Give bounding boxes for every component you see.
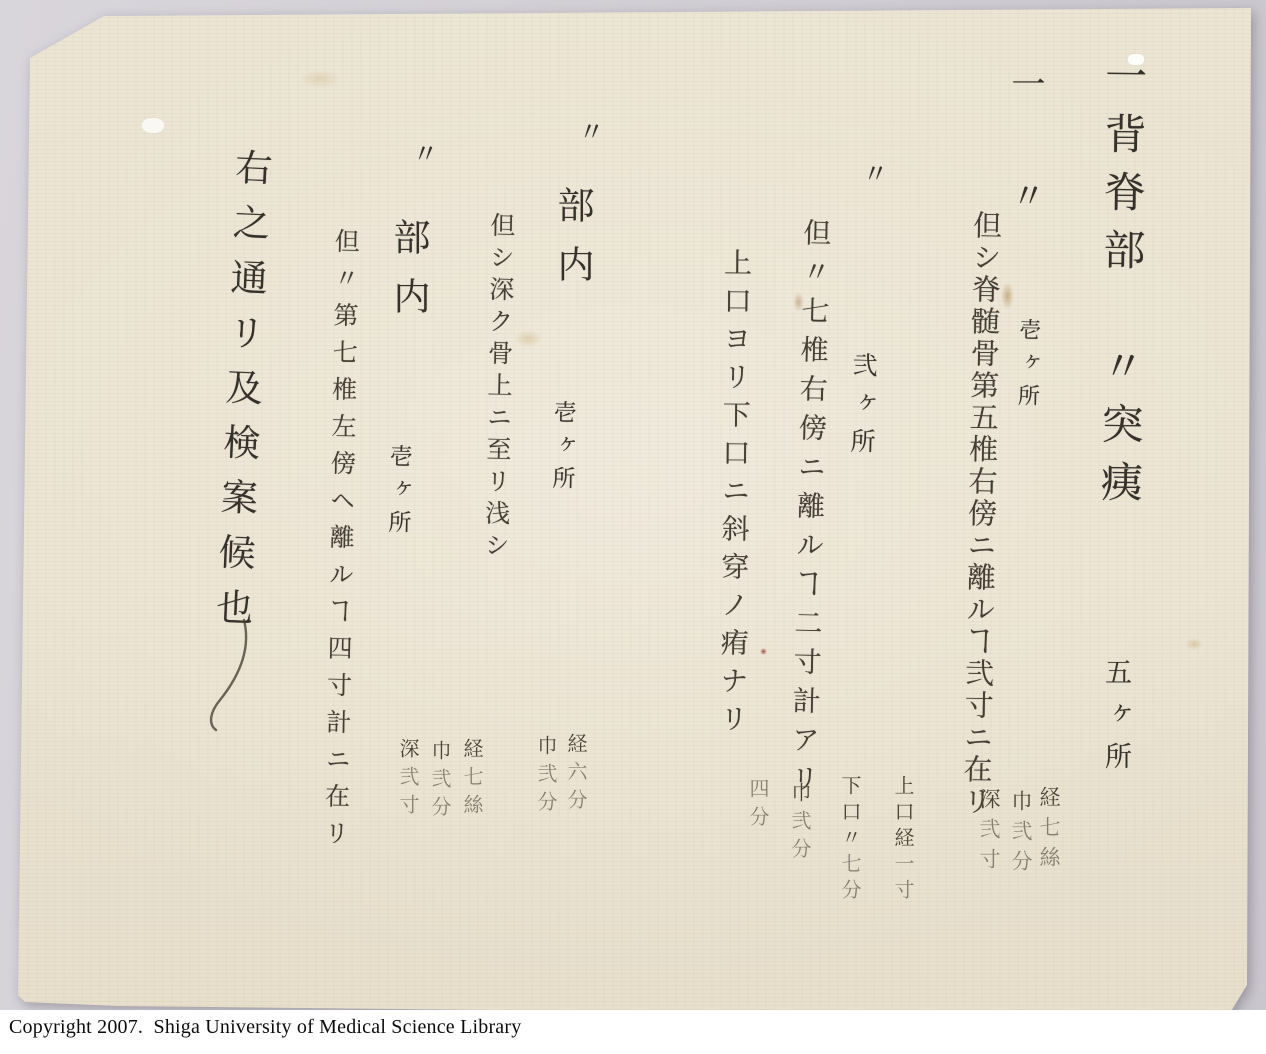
measure-value: 弐寸 [977,818,1001,878]
entry3-count: 弐ヶ所 [849,352,877,467]
entry2-measure-diameter: 経七絲 [1038,786,1059,876]
entry6-measure-width: 巾弐分 [430,740,450,824]
stain-brown-1 [1001,282,1014,310]
entry2-measure-width: 巾弐分 [1010,790,1031,880]
entry5-marker-column: 〃 [576,118,602,144]
caption-strip: Copyright 2007. Shiga University of Medi… [0,1010,1266,1054]
measure-value: 弐分 [788,810,812,866]
manuscript-paper: 一背脊部 〃突痍 五ヶ所 一 〃 壱ヶ所 但シ脊髄骨第五椎右傍ニ離ルヿ弐寸ニ在リ… [0,0,1266,1054]
entry2-note-column: 但シ脊髄骨第五椎右傍ニ離ルヿ弐寸ニ在リ [961,210,1001,818]
measure-label: 巾 [788,782,812,810]
entry4-measure-width: 巾弐分 [790,782,810,866]
measure-label: 巾 [1009,790,1033,820]
measure-label: 深 [977,788,1001,818]
measure-value: 弐分 [1009,820,1033,880]
entry6-marker-column: 〃 [410,140,436,166]
measure-value: 四分 [746,778,770,834]
entry4-measure-lower-opening: 下口〃七分 [840,775,860,905]
measure-label: 経 [1037,786,1061,816]
measure-value: 六分 [564,761,588,817]
measure-label: 深 [396,738,420,766]
photo-background: 一背脊部 〃突痍 五ヶ所 一 〃 壱ヶ所 但シ脊髄骨第五椎右傍ニ離ルヿ弐寸ニ在リ… [0,0,1266,1054]
entry1-title-column: 一背脊部 〃突痍 [1098,54,1145,518]
copyright-text: Copyright 2007. Shiga University of Medi… [9,1016,521,1039]
measure-label: 経 [564,733,588,761]
entry5-note-column: 但シ深ク骨上ニ至リ浅シ [483,212,514,564]
entry4-measure-depth: 四分 [748,778,768,834]
measure-label: 巾 [428,740,452,768]
measure-value: 一寸 [891,853,915,905]
entry4-note-column: 上口ヨリ下口ニ斜穿ノ痏ナリ [718,248,750,742]
measure-value: 弐分 [534,763,558,819]
measure-value: 弐分 [428,768,452,824]
entry3-note-column: 但〃七椎右傍ニ離ルヿ二寸計アリ [788,218,829,803]
measure-label: 巾 [534,735,558,763]
measure-value: 七絲 [1037,816,1061,876]
stain-yellow-1 [514,330,542,347]
measure-value: 七分 [838,853,862,905]
entry6-title-column: 部内 [390,218,427,336]
stain-red-dot [760,648,767,655]
measure-label: 下口〃 [838,775,862,853]
manuscript-paper-shadow: 一背脊部 〃突痍 五ヶ所 一 〃 壱ヶ所 但シ脊髄骨第五椎右傍ニ離ルヿ弐寸ニ在リ… [0,0,1266,1054]
entry5-count: 壱ヶ所 [549,400,574,499]
measure-label: 上口経 [891,775,915,853]
laid-paper-texture [0,0,1266,1054]
entry5-title-column: 部内 [554,186,591,304]
entry6-measure-diameter: 経七絲 [462,738,482,822]
stain-yellow-2 [1185,638,1203,650]
stain-chip-left [142,118,164,133]
stain-yellow-3 [300,70,340,88]
entry1-count: 五ヶ所 [1102,658,1129,784]
entry6-note-column: 但〃第七椎左傍ヘ離ルヿ四寸計ニ在リ [323,228,359,857]
entry4-measure-upper-opening: 上口経一寸 [893,775,913,905]
measure-label: 経 [460,738,484,766]
measure-value: 七絲 [460,766,484,822]
entry5-measure-diameter: 経六分 [566,733,586,817]
entry2-marker-column: 一 〃 [1008,66,1042,234]
entry6-count: 壱ヶ所 [385,444,410,543]
measure-value: 弐寸 [396,766,420,822]
entry3-marker-column: 〃 [860,160,886,186]
entry5-measure-width: 巾弐分 [536,735,556,819]
paper-vignette [0,0,1266,1054]
entry6-measure-depth: 深弐寸 [398,738,418,822]
closing-column: 右之通リ及検案候也 [211,147,270,643]
entry2-measure-depth: 深弐寸 [978,788,999,878]
entry2-count: 壱ヶ所 [1015,318,1039,417]
